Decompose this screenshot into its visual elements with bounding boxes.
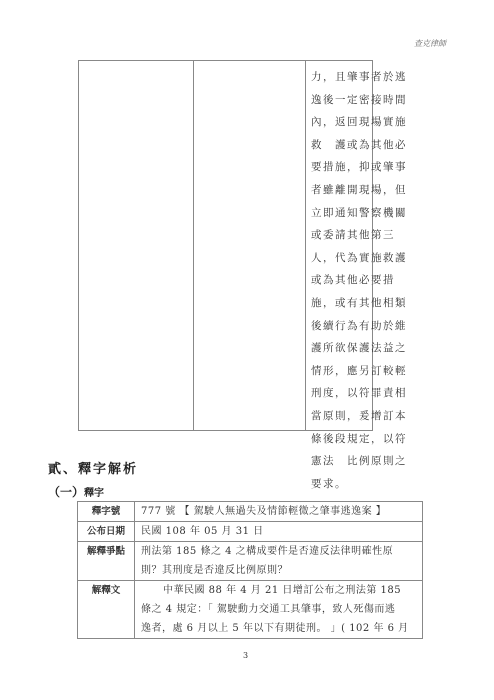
legislative-reason-text: 力，且肇事者於逃 逸後一定密接時間 內，返回現場實施 救 護或為其他必 要措施，… [311, 66, 371, 495]
row-value: 民國 108 年 05 月 31 日 [135, 522, 423, 542]
table-row: 解釋文 中華民國 88 年 4 月 21 日增訂公布之刑法第 185 條之 4 … [78, 581, 423, 639]
subsection-title: 釋字 [84, 488, 104, 499]
subsection-heading: （一）釋字 [48, 483, 104, 500]
page-header-author: 查克律師 [414, 38, 446, 49]
interpretation-table: 釋字號 777 號 【 駕駛人無過失及情節輕微之肇事逃逸案 】 公布日期 民國 … [77, 501, 423, 639]
row-label: 釋字號 [78, 502, 135, 522]
row-value: 777 號 【 駕駛人無過失及情節輕微之肇事逃逸案 】 [135, 502, 423, 522]
column-divider [193, 61, 194, 430]
table-row: 公布日期 民國 108 年 05 月 31 日 [78, 522, 423, 542]
row-label: 解釋爭點 [78, 542, 135, 581]
page-number: 3 [243, 651, 248, 660]
section-heading: 貳、釋字解析 [48, 458, 138, 477]
row-value: 刑法第 185 條之 4 之構成要件是否違反法律明確性原 則？其刑度是否違反比例… [135, 542, 423, 581]
comparison-table-continued: 力，且肇事者於逃 逸後一定密接時間 內，返回現場實施 救 護或為其他必 要措施，… [78, 60, 373, 431]
table-row: 解釋爭點 刑法第 185 條之 4 之構成要件是否違反法律明確性原 則？其刑度是… [78, 542, 423, 581]
column-divider [305, 61, 306, 430]
row-label: 公布日期 [78, 522, 135, 542]
row-label: 解釋文 [78, 581, 135, 639]
row-value: 中華民國 88 年 4 月 21 日增訂公布之刑法第 185 條之 4 規定：「… [135, 581, 423, 639]
subsection-prefix: （一） [48, 485, 84, 499]
table-row: 釋字號 777 號 【 駕駛人無過失及情節輕微之肇事逃逸案 】 [78, 502, 423, 522]
